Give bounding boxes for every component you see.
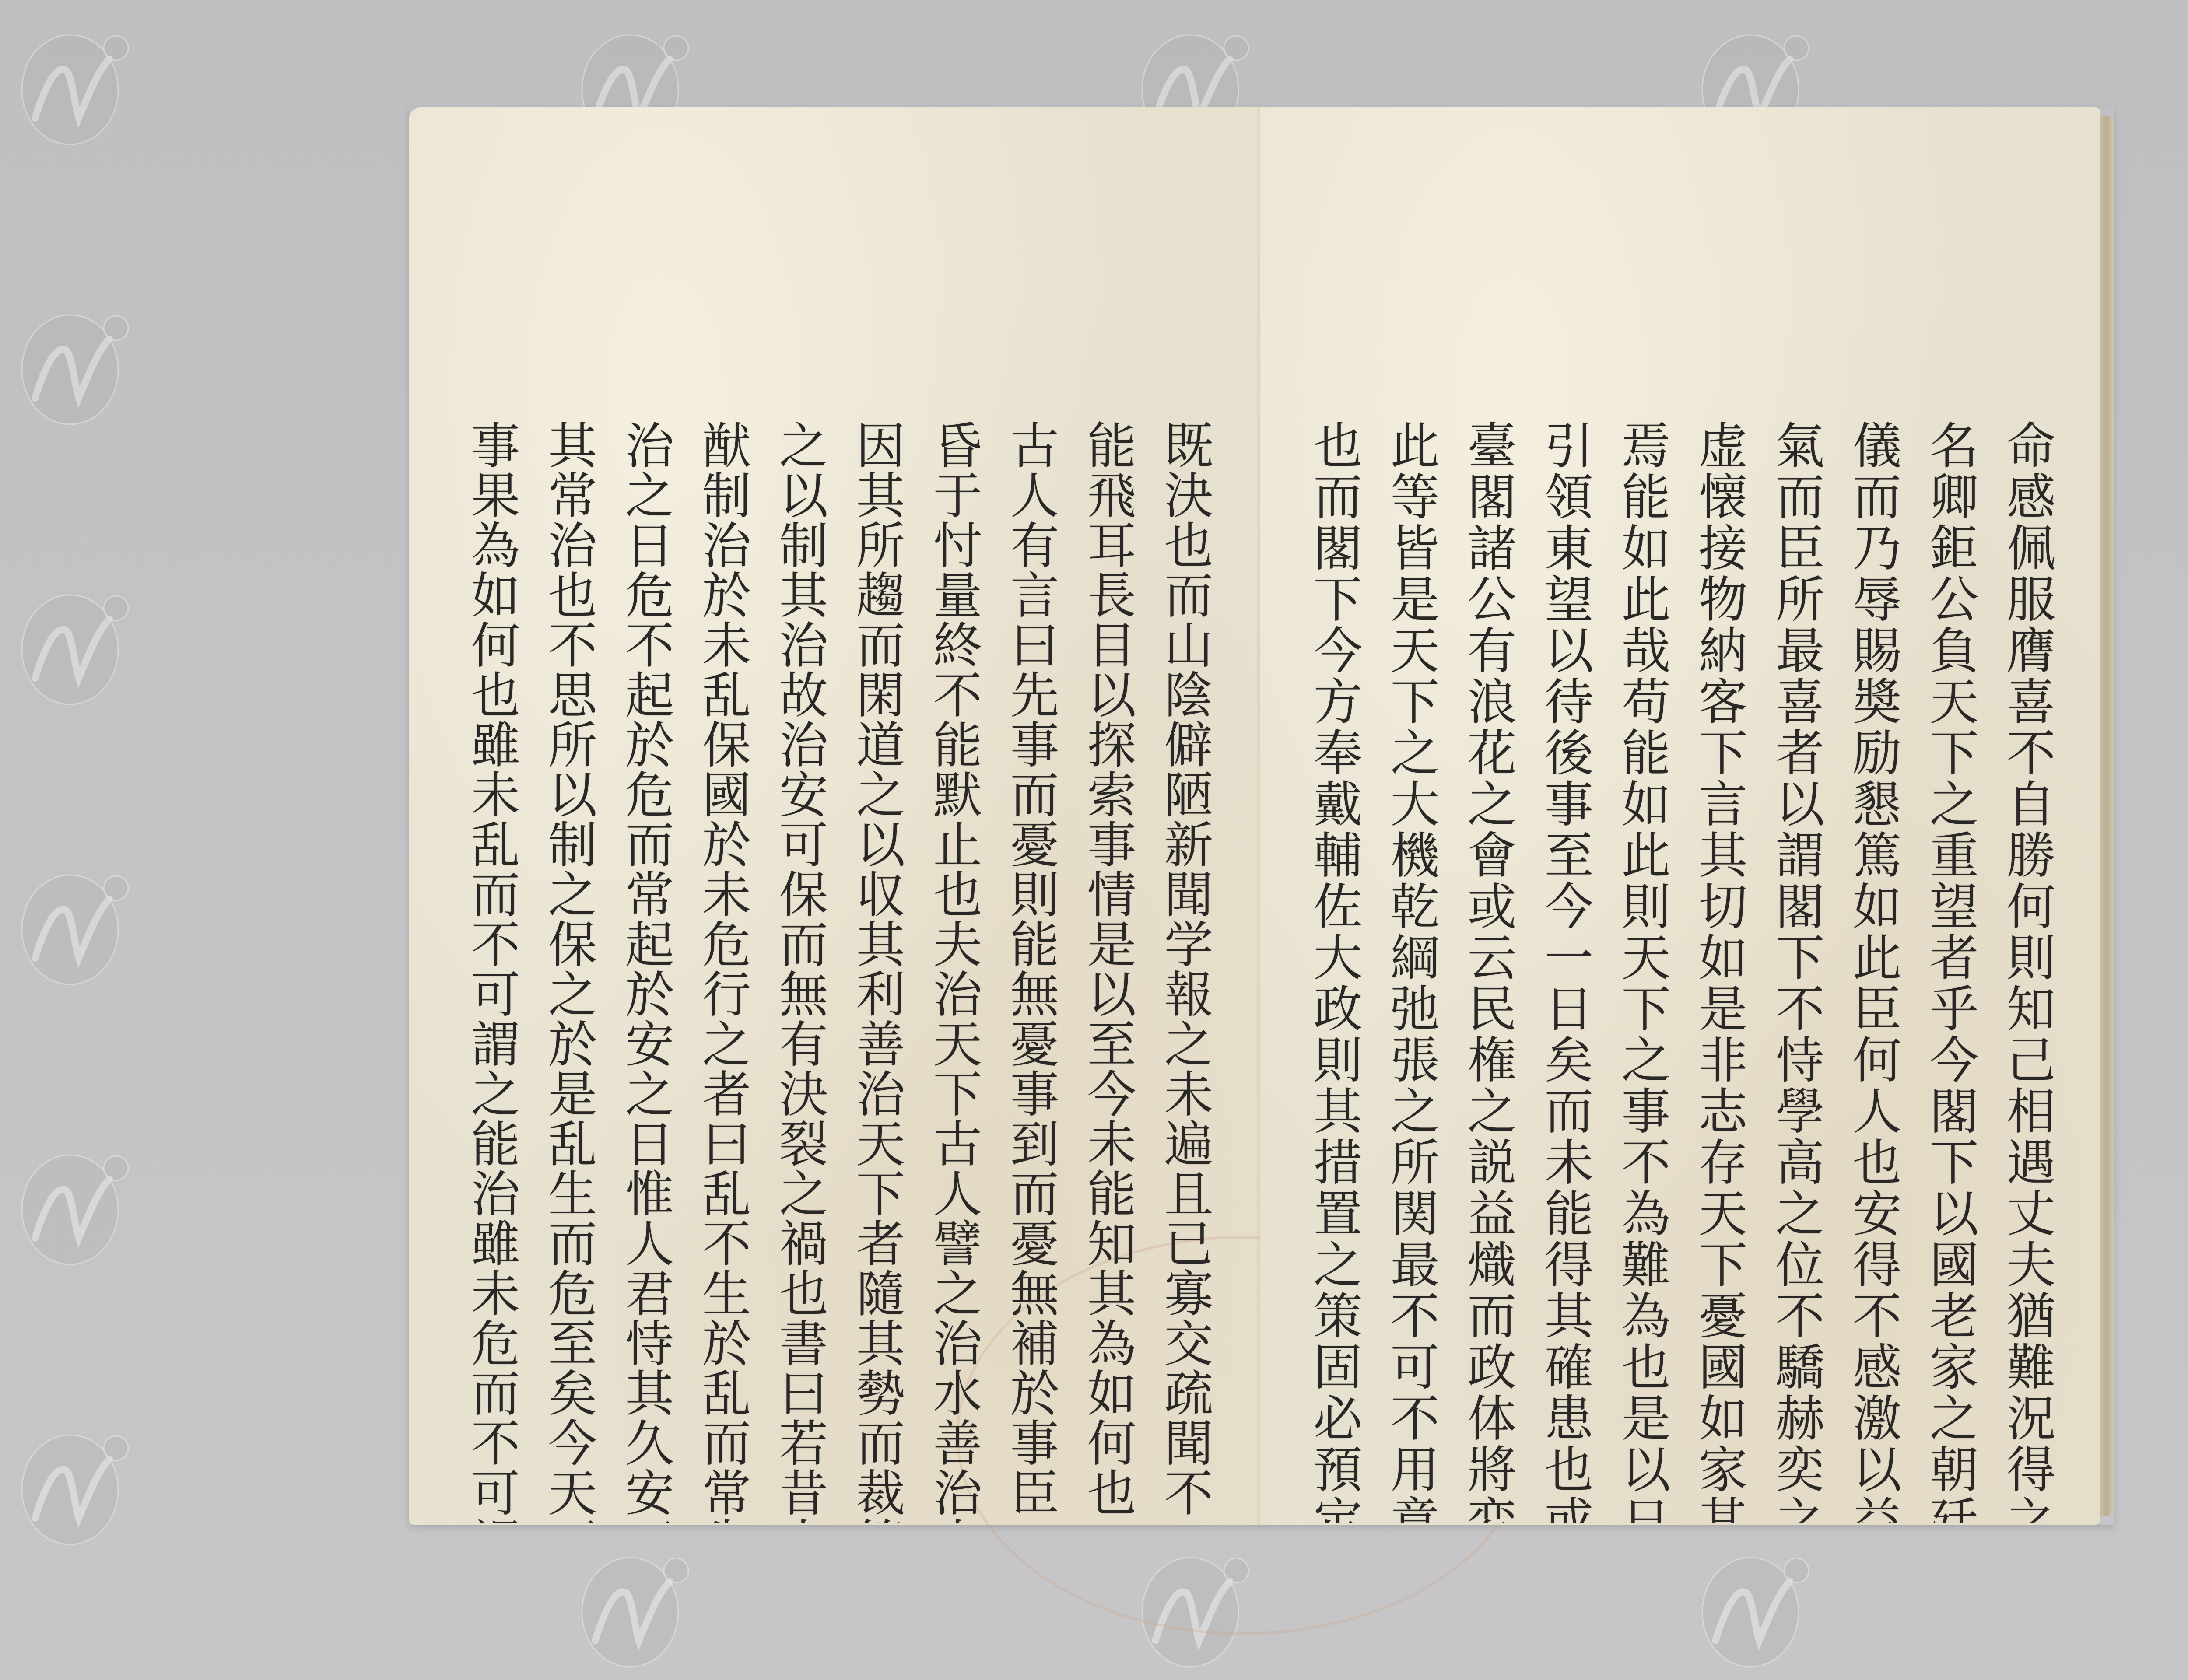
watermark-logo-icon — [4, 1137, 136, 1269]
watermark-logo-icon — [4, 577, 136, 709]
text-column: 之以制其治故治安可保而無有決裂之禍也書曰若昔大 — [761, 420, 838, 1522]
text-column: 名卿鉅公負天下之重望者乎今閣下以國老家之朝廷羽 — [1911, 420, 1988, 1522]
text-column: 事果為如何也雖未乱而不可謂之能治雖未危而不可謂 — [453, 420, 530, 1522]
watermark-logo-icon — [1685, 1540, 1816, 1671]
text-column: 其常治也不思所以制之保之於是乱生而危至矣今天下之 — [530, 420, 607, 1522]
text-column: 虚懐接物納客下言其切如是非志存天下憂國如家其 — [1680, 420, 1757, 1522]
watermark-logo-icon — [1125, 1540, 1256, 1671]
left-page-text: 既決也而山陰僻陋新聞学報之未遍且已寡交疏聞不 能飛耳長目以探索事情是以至今未能知… — [444, 420, 1223, 1540]
watermark-logo-icon — [4, 1417, 136, 1549]
watermark-logo-icon — [4, 17, 136, 149]
watermark-logo-icon — [4, 857, 136, 989]
text-column: 命感佩服膺喜不自勝何則知己相遇丈夫猶難況得之於 — [1988, 420, 2065, 1522]
open-book-spread: 既決也而山陰僻陋新聞学報之未遍且已寡交疏聞不 能飛耳長目以探索事情是以至今未能知… — [409, 107, 2114, 1525]
text-column: 昏于忖量終不能默止也夫治天下古人譬之治水善治水者 — [915, 420, 992, 1522]
text-column: 此等皆是天下之大機乾綱弛張之所関最不可不用意者 — [1372, 420, 1449, 1522]
text-column: 既決也而山陰僻陋新聞学報之未遍且已寡交疏聞不 — [1146, 420, 1223, 1522]
left-page: 既決也而山陰僻陋新聞学報之未遍且已寡交疏聞不 能飛耳長目以探索事情是以至今未能知… — [409, 107, 1261, 1525]
text-column: 猷制治於未乱保國於未危行之者曰乱不生於乱而常生於 — [684, 420, 761, 1522]
book-fore-edge — [2100, 116, 2114, 1516]
text-column: 因其所趨而閑道之以収其利善治天下者隨其勢而裁節 — [838, 420, 915, 1522]
text-column: 臺閣諸公有浪花之會或云民権之説益熾而政体將変矣 — [1449, 420, 1526, 1522]
text-column: 引領東望以待後事至今一日矣而未能得其確患也或云 — [1526, 420, 1603, 1522]
text-column: 能飛耳長目以探索事情是以至今未能知其為如何也 — [1069, 420, 1146, 1522]
text-column: 治之日危不起於危而常起於安之日惟人君恃其久安而狃 — [607, 420, 684, 1522]
watermark-logo-icon — [4, 297, 136, 429]
text-column: 儀而乃辱賜奬励懇篤如此臣何人也安得不感激以益意 — [1834, 420, 1911, 1522]
text-column: 焉能如此哉苟能如此則天下之事不為難為也是以日夜 — [1603, 420, 1680, 1522]
watermark-logo-icon — [565, 1540, 696, 1671]
right-page-text: 命感佩服膺喜不自勝何則知己相遇丈夫猶難況得之於 名卿鉅公負天下之重望者乎今閣下以… — [1295, 420, 2065, 1540]
text-column: 氣而臣所最喜者以謂閣下不恃學高之位不驕赫奕之威 — [1757, 420, 1834, 1522]
text-column: 也而閣下今方奉戴輔佐大政則其措置之策固必預定之而 — [1295, 420, 1372, 1522]
right-page: 命感佩服膺喜不自勝何則知己相遇丈夫猶難況得之於 名卿鉅公負天下之重望者乎今閣下以… — [1260, 107, 2100, 1525]
text-column: 古人有言曰先事而憂則能無憂事到而憂無補於事臣 — [992, 420, 1069, 1522]
